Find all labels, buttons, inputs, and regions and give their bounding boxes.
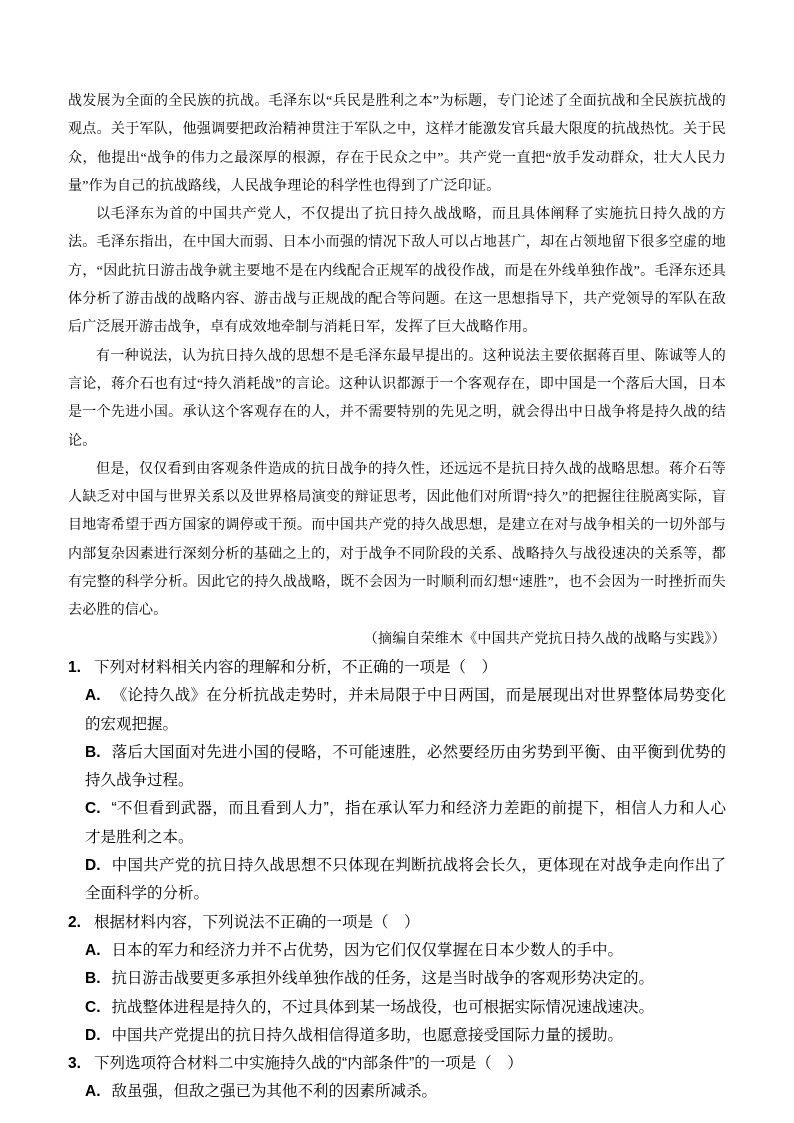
option-text-a: 敌虽强，但敌之强已为其他不利的因素所减杀。 <box>112 1083 438 1100</box>
question-3-stem-row: 3.下列选项符合材料二中实施持久战的“内部条件”的一项是（ ） <box>68 1050 726 1078</box>
question-list: 1.下列对材料相关内容的理解和分析，不正确的一项是（ ） A.《论持久战》在分析… <box>68 654 726 1107</box>
question-1-option-a: A.《论持久战》在分析抗战走势时，并未局限于中日两国，而是展现出对世界整体局势变… <box>85 682 726 739</box>
option-label-b: B. <box>85 744 101 761</box>
option-text-a: 日本的军力和经济力并不占优势，因为它们仅仅掌握在日本少数人的手中。 <box>112 942 624 959</box>
option-text-b: 抗日游击战要更多承担外线单独作战的任务，这是当时战争的客观形势决定的。 <box>112 970 655 987</box>
question-3-number: 3. <box>68 1055 81 1072</box>
passage-paragraph-2: 以毛泽东为首的中国共产党人，不仅提出了抗日持久战战略，而且具体阐释了实施抗日持久… <box>68 201 726 342</box>
option-text-b: 落后大国面对先进小国的侵略，不可能速胜，必然要经历由劣势到平衡、由平衡到优势的持… <box>85 744 726 789</box>
passage-paragraph-3: 有一种说法，认为抗日持久战的思想不是毛泽东最早提出的。这种说法主要依据蒋百里、陈… <box>68 343 726 456</box>
question-1-option-b: B.落后大国面对先进小国的侵略，不可能速胜，必然要经历由劣势到平衡、由平衡到优势… <box>85 739 726 796</box>
question-2-option-a: A.日本的军力和经济力并不占优势，因为它们仅仅掌握在日本少数人的手中。 <box>85 937 726 965</box>
question-2: 2.根据材料内容，下列说法不正确的一项是（ ） A.日本的军力和经济力并不占优势… <box>68 909 726 1050</box>
option-text-c: 抗战整体进程是持久的，不过具体到某一场战役，也可根据实际情况速战速决。 <box>112 999 655 1016</box>
option-label-a: A. <box>85 687 101 704</box>
question-2-option-d: D.中国共产党提出的抗日持久战相信得道多助，也愿意接受国际力量的援助。 <box>85 1022 726 1050</box>
question-2-options: A.日本的军力和经济力并不占优势，因为它们仅仅掌握在日本少数人的手中。 B.抗日… <box>68 937 726 1050</box>
question-1-stem: 下列对材料相关内容的理解和分析，不正确的一项是（ ） <box>94 659 497 676</box>
question-1-options: A.《论持久战》在分析抗战走势时，并未局限于中日两国，而是展现出对世界整体局势变… <box>68 682 726 908</box>
option-label-d: D. <box>85 857 101 874</box>
question-2-number: 2. <box>68 914 81 931</box>
question-1-stem-row: 1.下列对材料相关内容的理解和分析，不正确的一项是（ ） <box>68 654 726 682</box>
option-label-d: D. <box>85 1027 101 1044</box>
question-1-option-c: C.“不但看到武器，而且看到人力”，指在承认军力和经济力差距的前提下，相信人力和… <box>85 795 726 852</box>
option-text-c: “不但看到武器，而且看到人力”，指在承认军力和经济力差距的前提下，相信人力和人心… <box>85 800 726 845</box>
passage-paragraph-4: 但是，仅仅看到由客观条件造成的抗日战争的持久性，还远远不是抗日持久战的战略思想。… <box>68 456 726 626</box>
passage-paragraph-1: 战发展为全面的全民族的抗战。毛泽东以“兵民是胜利之本”为标题，专门论述了全面抗战… <box>68 88 726 201</box>
option-text-a: 《论持久战》在分析抗战走势时，并未局限于中日两国，而是展现出对世界整体局势变化的… <box>85 687 726 732</box>
option-label-b: B. <box>85 970 101 987</box>
option-text-d: 中国共产党的抗日持久战思想不只体现在判断抗战将会长久，更体现在对战争走向作出了全… <box>85 857 726 902</box>
question-1-option-d: D.中国共产党的抗日持久战思想不只体现在判断抗战将会长久，更体现在对战争走向作出… <box>85 852 726 909</box>
exam-document-page: 战发展为全面的全民族的抗战。毛泽东以“兵民是胜利之本”为标题，专门论述了全面抗战… <box>0 0 794 1123</box>
question-3-option-a: A.敌虽强，但敌之强已为其他不利的因素所减杀。 <box>85 1078 726 1106</box>
question-2-stem: 根据材料内容，下列说法不正确的一项是（ ） <box>94 914 420 931</box>
reading-passage: 战发展为全面的全民族的抗战。毛泽东以“兵民是胜利之本”为标题，专门论述了全面抗战… <box>68 88 726 654</box>
question-3-options: A.敌虽强，但敌之强已为其他不利的因素所减杀。 <box>68 1078 726 1106</box>
option-label-c: C. <box>85 800 101 817</box>
option-label-c: C. <box>85 999 101 1016</box>
option-label-a: A. <box>85 942 101 959</box>
question-2-stem-row: 2.根据材料内容，下列说法不正确的一项是（ ） <box>68 909 726 937</box>
option-label-a: A. <box>85 1083 101 1100</box>
question-2-option-b: B.抗日游击战要更多承担外线单独作战的任务，这是当时战争的客观形势决定的。 <box>85 965 726 993</box>
question-1-number: 1. <box>68 659 81 676</box>
source-attribution: （摘编自荣维木《中国共产党抗日持久战的战略与实践》） <box>68 626 726 654</box>
question-1: 1.下列对材料相关内容的理解和分析，不正确的一项是（ ） A.《论持久战》在分析… <box>68 654 726 909</box>
question-3: 3.下列选项符合材料二中实施持久战的“内部条件”的一项是（ ） A.敌虽强，但敌… <box>68 1050 726 1107</box>
question-3-stem: 下列选项符合材料二中实施持久战的“内部条件”的一项是（ ） <box>94 1055 523 1072</box>
question-2-option-c: C.抗战整体进程是持久的，不过具体到某一场战役，也可根据实际情况速战速决。 <box>85 994 726 1022</box>
option-text-d: 中国共产党提出的抗日持久战相信得道多助，也愿意接受国际力量的援助。 <box>112 1027 624 1044</box>
